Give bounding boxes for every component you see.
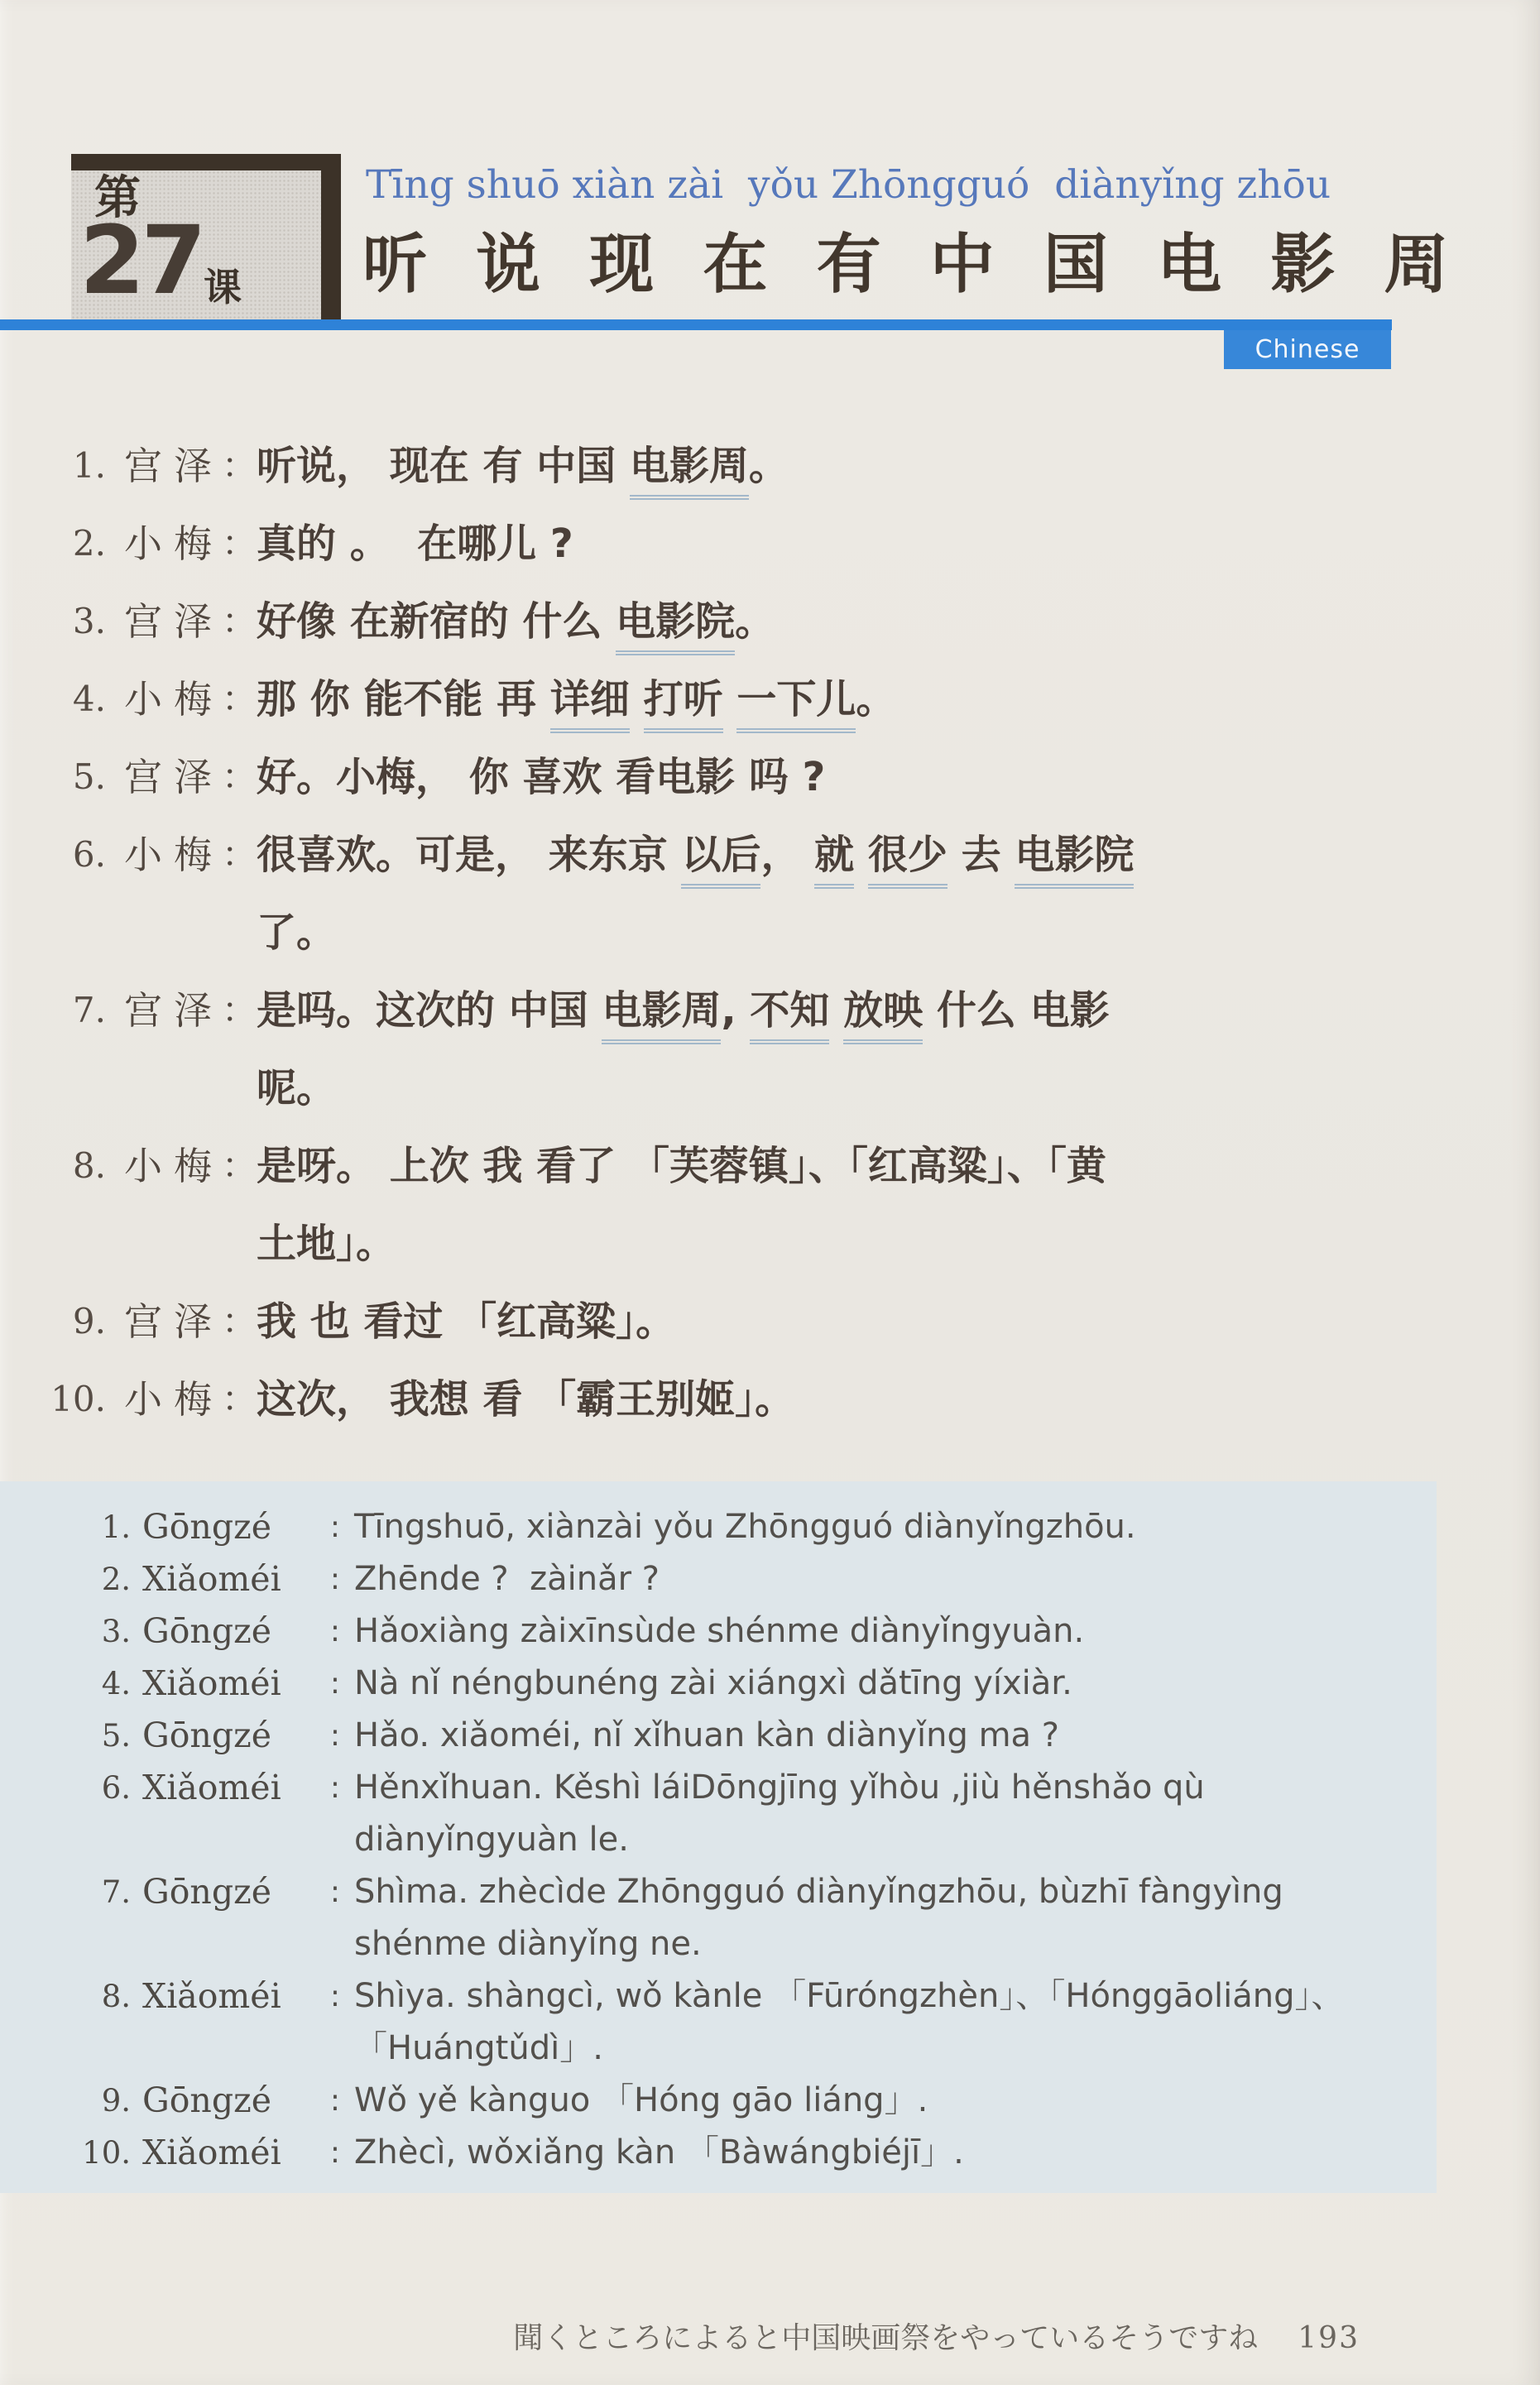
dialogue-number: 4. xyxy=(0,660,106,738)
dialogue-segment: , xyxy=(721,987,750,1034)
dialogue-segment: 呢。 xyxy=(257,1065,336,1111)
underlined-word: 放映 xyxy=(843,987,923,1044)
lesson-suffix: 课 xyxy=(204,268,242,306)
pinyin-text: Hǎo. xiǎoméi, nǐ xǐhuan kàn diànyǐng ma … xyxy=(354,1710,1437,1762)
pinyin-line: 9.Gōngzé:Wǒ yě kànguo 「Hóng gāo liáng」. xyxy=(0,2075,1437,2127)
dialogue-line: 8.小梅：是呀。 上次 我 看了 「芙蓉镇」、「红高粱」、「黄土地」。 xyxy=(0,1127,1518,1283)
dialogue-text: 是吗。这次的 中国 电影周, 不知 放映 什么 电影呢。 xyxy=(257,972,1518,1127)
pinyin-speaker: Gōngzé xyxy=(142,1866,316,1918)
dialogue-text: 我 也 看过 「红高粱」。 xyxy=(257,1283,1518,1360)
dialogue-number: 10. xyxy=(0,1360,106,1438)
dialogue-segment: 是吗。这次的 中国 xyxy=(257,987,602,1034)
dialogue-text-row: 那 你 能不能 再 详细 打听 一下儿。 xyxy=(257,660,1518,738)
dialogue-speaker: 宫泽 xyxy=(124,972,222,1049)
dialogue-segment: 听说， 现在 有 中国 xyxy=(257,443,630,489)
dialogue-segment: 那 你 能不能 再 xyxy=(257,676,550,722)
dialogue-segment: 了。 xyxy=(257,909,336,956)
pinyin-number: 2. xyxy=(0,1553,131,1605)
footer-japanese-hint: 聞くところによると中国映画祭をやっているそうですね xyxy=(513,2321,1258,2355)
pinyin-speaker: Gōngzé xyxy=(142,2075,316,2127)
pinyin-colon: : xyxy=(316,2075,354,2127)
pinyin-line: 3.Gōngzé:Hǎoxiàng zàixīnsùde shénme diàn… xyxy=(0,1605,1437,1658)
pinyin-number: 7. xyxy=(0,1866,131,1918)
pinyin-line: 1.Gōngzé:Tīngshuō, xiànzài yǒu Zhōngguó … xyxy=(0,1501,1437,1553)
dialogue-text: 是呀。 上次 我 看了 「芙蓉镇」、「红高粱」、「黄土地」。 xyxy=(257,1127,1518,1283)
speaker-colon: ： xyxy=(222,738,257,816)
pinyin-line: 4.Xiǎoméi:Nà nǐ néngbunéng zài xiángxì d… xyxy=(0,1658,1437,1710)
pinyin-colon: : xyxy=(316,1762,354,1814)
dialogue-speaker: 宫泽 xyxy=(124,738,222,816)
pinyin-number: 8. xyxy=(0,1970,131,2023)
pinyin-text: Hǎoxiàng zàixīnsùde shénme diànyǐngyuàn. xyxy=(354,1605,1437,1658)
pinyin-line: 6.Xiǎoméi:Hěnxǐhuan. Kěshì láiDōngjīng y… xyxy=(0,1762,1437,1866)
dialogue-line: 1.宫泽：听说， 现在 有 中国 电影周。 xyxy=(0,427,1518,505)
pinyin-text-row: Shìma. zhècìde Zhōngguó diànyǐngzhōu, bù… xyxy=(354,1866,1437,1918)
pinyin-text-row: Zhēnde ? zàinǎr ? xyxy=(354,1553,1437,1605)
dialogue-text-row: 呢。 xyxy=(257,1049,1518,1127)
dialogue-number: 7. xyxy=(0,972,106,1049)
lesson-title-chinese: 听 说 现 在 有 中 国 电 影 周 xyxy=(362,228,1461,303)
dialogue-line: 6.小梅：很喜欢。可是， 来东京 以后， 就 很少 去 电影院了。 xyxy=(0,816,1518,972)
lesson-title-pinyin: Tīng shuō xiàn zài yǒu Zhōngguó diànyǐng… xyxy=(366,162,1331,209)
underlined-word: 以后 xyxy=(681,832,760,889)
dialogue-segment xyxy=(723,676,737,722)
dialogue-speaker: 宫泽 xyxy=(124,1283,222,1360)
dialogue-line: 2.小梅：真的 。 在哪儿 ? xyxy=(0,505,1518,583)
dialogue-text-row: 好。小梅， 你 喜欢 看电影 吗 ? xyxy=(257,738,1518,816)
page-footer: 聞くところによると中国映画祭をやっているそうですね193 xyxy=(0,2281,1360,2385)
dialogue-segment: 好。小梅， 你 喜欢 看电影 吗 ? xyxy=(257,754,825,800)
dialogue-number: 2. xyxy=(0,505,106,583)
speaker-colon: ： xyxy=(222,1360,257,1438)
pinyin-number: 6. xyxy=(0,1762,131,1814)
pinyin-speaker: Xiǎoméi xyxy=(142,1762,316,1814)
speaker-colon: ： xyxy=(222,816,257,894)
lesson-box-right-bar xyxy=(321,154,341,329)
dialogue-list: 1.宫泽：听说， 现在 有 中国 电影周。2.小梅：真的 。 在哪儿 ?3.宫泽… xyxy=(0,427,1518,1438)
dialogue-text-row: 听说， 现在 有 中国 电影周。 xyxy=(257,427,1518,505)
speaker-colon: ： xyxy=(222,505,257,583)
pinyin-speaker: Xiǎoméi xyxy=(142,2127,316,2179)
dialogue-speaker: 宫泽 xyxy=(124,583,222,660)
underlined-word: 一下儿 xyxy=(736,676,856,733)
dialogue-segment: 。 xyxy=(735,598,775,645)
dialogue-segment: 。 xyxy=(749,443,789,489)
dialogue-text-row: 是吗。这次的 中国 电影周, 不知 放映 什么 电影 xyxy=(257,972,1518,1049)
underlined-word: 就 xyxy=(814,832,854,889)
pinyin-number: 10. xyxy=(0,2127,131,2179)
lesson-number: 27 xyxy=(79,214,203,308)
underlined-word: 不知 xyxy=(750,987,829,1044)
dialogue-segment: 土地」。 xyxy=(257,1221,396,1267)
underlined-word: 电影院 xyxy=(616,598,735,655)
pinyin-line: 8.Xiǎoméi:Shìya. shàngcì, wǒ kànle 「Fūró… xyxy=(0,1970,1437,2075)
pinyin-colon: : xyxy=(316,2127,354,2179)
dialogue-line: 10.小梅：这次， 我想 看 「霸王别姬」。 xyxy=(0,1360,1518,1438)
pinyin-text: Hěnxǐhuan. Kěshì láiDōngjīng yǐhòu ,jiù … xyxy=(354,1762,1437,1866)
dialogue-speaker: 小梅 xyxy=(124,1360,222,1438)
pinyin-number: 3. xyxy=(0,1605,131,1658)
dialogue-text-row: 真的 。 在哪儿 ? xyxy=(257,505,1518,583)
dialogue-text-row: 很喜欢。可是， 来东京 以后， 就 很少 去 电影院 xyxy=(257,816,1518,894)
dialogue-line: 5.宫泽：好。小梅， 你 喜欢 看电影 吗 ? xyxy=(0,738,1518,816)
pinyin-text-row: Hěnxǐhuan. Kěshì láiDōngjīng yǐhòu ,jiù … xyxy=(354,1762,1437,1814)
pinyin-colon: : xyxy=(316,1501,354,1553)
speaker-colon: ： xyxy=(222,972,257,1049)
language-badge: Chinese xyxy=(1224,330,1391,369)
dialogue-segment xyxy=(630,676,644,722)
pinyin-speaker: Gōngzé xyxy=(142,1501,316,1553)
dialogue-line: 7.宫泽：是吗。这次的 中国 电影周, 不知 放映 什么 电影呢。 xyxy=(0,972,1518,1127)
pinyin-speaker: Gōngzé xyxy=(142,1605,316,1658)
dialogue-speaker: 宫泽 xyxy=(124,427,222,505)
pinyin-number: 4. xyxy=(0,1658,131,1710)
pinyin-speaker: Xiǎoméi xyxy=(142,1553,316,1605)
dialogue-text: 听说， 现在 有 中国 电影周。 xyxy=(257,427,1518,505)
dialogue-number: 8. xyxy=(0,1127,106,1205)
dialogue-segment: 去 xyxy=(948,832,1015,878)
dialogue-segment xyxy=(854,832,868,878)
underlined-word: 打听 xyxy=(644,676,723,733)
pinyin-colon: : xyxy=(316,1553,354,1605)
pinyin-text-row: Nà nǐ néngbunéng zài xiángxì dǎtīng yíxi… xyxy=(354,1658,1437,1710)
dialogue-line: 9.宫泽：我 也 看过 「红高粱」。 xyxy=(0,1283,1518,1360)
pinyin-text: Wǒ yě kànguo 「Hóng gāo liáng」. xyxy=(354,2075,1437,2127)
underlined-word: 电影周 xyxy=(630,443,749,500)
pinyin-text-row: Shìya. shàngcì, wǒ kànle 「Fūróngzhèn」、「H… xyxy=(354,1970,1437,2023)
dialogue-text: 好。小梅， 你 喜欢 看电影 吗 ? xyxy=(257,738,1518,816)
pinyin-text: Zhècì, wǒxiǎng kàn 「Bàwángbiéjī」. xyxy=(354,2127,1437,2179)
dialogue-text: 这次， 我想 看 「霸王别姬」。 xyxy=(257,1360,1518,1438)
dialogue-text-row: 好像 在新宿的 什么 电影院。 xyxy=(257,583,1518,660)
pinyin-text-row: Tīngshuō, xiànzài yǒu Zhōngguó diànyǐngz… xyxy=(354,1501,1437,1553)
pinyin-speaker: Xiǎoméi xyxy=(142,1658,316,1710)
pinyin-number: 5. xyxy=(0,1710,131,1762)
pinyin-text: Nà nǐ néngbunéng zài xiángxì dǎtīng yíxi… xyxy=(354,1658,1437,1710)
dialogue-number: 3. xyxy=(0,583,106,660)
dialogue-line: 3.宫泽：好像 在新宿的 什么 电影院。 xyxy=(0,583,1518,660)
dialogue-segment: ， xyxy=(760,832,814,878)
dialogue-segment: 是呀。 上次 我 看了 「芙蓉镇」、「红高粱」、「黄 xyxy=(257,1143,1106,1189)
pinyin-text-row: Hǎo. xiǎoméi, nǐ xǐhuan kàn diànyǐng ma … xyxy=(354,1710,1437,1762)
dialogue-text: 很喜欢。可是， 来东京 以后， 就 很少 去 电影院了。 xyxy=(257,816,1518,972)
dialogue-text: 真的 。 在哪儿 ? xyxy=(257,505,1518,583)
dialogue-segment: 真的 。 在哪儿 ? xyxy=(257,521,573,567)
header-rule xyxy=(0,319,1392,330)
dialogue-line: 4.小梅：那 你 能不能 再 详细 打听 一下儿。 xyxy=(0,660,1518,738)
dialogue-text-row: 了。 xyxy=(257,894,1518,972)
textbook-page: 第 27 课 Tīng shuō xiàn zài yǒu Zhōngguó d… xyxy=(0,0,1540,2385)
pinyin-text-row: diànyǐngyuàn le. xyxy=(354,1814,1437,1866)
pinyin-speaker: Xiǎoméi xyxy=(142,1970,316,2023)
pinyin-text-row: 「Huángtǔdì」. xyxy=(354,2023,1437,2075)
dialogue-text-row: 这次， 我想 看 「霸王别姬」。 xyxy=(257,1360,1518,1438)
pinyin-text-row: Hǎoxiàng zàixīnsùde shénme diànyǐngyuàn. xyxy=(354,1605,1437,1658)
pinyin-line: 7.Gōngzé:Shìma. zhècìde Zhōngguó diànyǐn… xyxy=(0,1866,1437,1970)
pinyin-text-row: shénme diànyǐng ne. xyxy=(354,1918,1437,1970)
pinyin-colon: : xyxy=(316,1970,354,2023)
dialogue-text: 那 你 能不能 再 详细 打听 一下儿。 xyxy=(257,660,1518,738)
dialogue-number: 1. xyxy=(0,427,106,505)
pinyin-text: Shìya. shàngcì, wǒ kànle 「Fūróngzhèn」、「H… xyxy=(354,1970,1437,2075)
dialogue-segment: 什么 电影 xyxy=(923,987,1109,1034)
dialogue-segment: 很喜欢。可是， 来东京 xyxy=(257,832,681,878)
speaker-colon: ： xyxy=(222,427,257,505)
dialogue-speaker: 小梅 xyxy=(124,660,222,738)
underlined-word: 很少 xyxy=(868,832,948,889)
pinyin-colon: : xyxy=(316,1866,354,1918)
dialogue-number: 6. xyxy=(0,816,106,894)
pinyin-line: 5.Gōngzé:Hǎo. xiǎoméi, nǐ xǐhuan kàn dià… xyxy=(0,1710,1437,1762)
dialogue-text-row: 土地」。 xyxy=(257,1205,1518,1283)
speaker-colon: ： xyxy=(222,583,257,660)
dialogue-text-row: 我 也 看过 「红高粱」。 xyxy=(257,1283,1518,1360)
page-number: 193 xyxy=(1298,2321,1360,2355)
pinyin-text-row: Wǒ yě kànguo 「Hóng gāo liáng」. xyxy=(354,2075,1437,2127)
dialogue-text-row: 是呀。 上次 我 看了 「芙蓉镇」、「红高粱」、「黄 xyxy=(257,1127,1518,1205)
pinyin-line: 10.Xiǎoméi:Zhècì, wǒxiǎng kàn 「Bàwángbié… xyxy=(0,2127,1437,2179)
pinyin-text-row: Zhècì, wǒxiǎng kàn 「Bàwángbiéjī」. xyxy=(354,2127,1437,2179)
dialogue-segment: 这次， 我想 看 「霸王别姬」。 xyxy=(257,1376,794,1423)
pinyin-text: Tīngshuō, xiànzài yǒu Zhōngguó diànyǐngz… xyxy=(354,1501,1437,1553)
pinyin-colon: : xyxy=(316,1605,354,1658)
dialogue-text: 好像 在新宿的 什么 电影院。 xyxy=(257,583,1518,660)
pinyin-text: Shìma. zhècìde Zhōngguó diànyǐngzhōu, bù… xyxy=(354,1866,1437,1970)
pinyin-number: 1. xyxy=(0,1501,131,1553)
pinyin-colon: : xyxy=(316,1658,354,1710)
underlined-word: 电影周 xyxy=(602,987,721,1044)
pinyin-line: 2.Xiǎoméi:Zhēnde ? zàinǎr ? xyxy=(0,1553,1437,1605)
dialogue-segment: 。 xyxy=(856,676,895,722)
dialogue-speaker: 小梅 xyxy=(124,816,222,894)
dialogue-segment: 好像 在新宿的 什么 xyxy=(257,598,616,645)
speaker-colon: ： xyxy=(222,1127,257,1205)
dialogue-speaker: 小梅 xyxy=(124,1127,222,1205)
dialogue-number: 5. xyxy=(0,738,106,816)
dialogue-speaker: 小梅 xyxy=(124,505,222,583)
pinyin-text: Zhēnde ? zàinǎr ? xyxy=(354,1553,1437,1605)
dialogue-segment xyxy=(829,987,843,1034)
pinyin-colon: : xyxy=(316,1710,354,1762)
speaker-colon: ： xyxy=(222,1283,257,1360)
underlined-word: 详细 xyxy=(550,676,630,733)
dialogue-number: 9. xyxy=(0,1283,106,1360)
speaker-colon: ： xyxy=(222,660,257,738)
underlined-word: 电影院 xyxy=(1015,832,1134,889)
pinyin-speaker: Gōngzé xyxy=(142,1710,316,1762)
dialogue-segment: 我 也 看过 「红高粱」。 xyxy=(257,1298,675,1345)
pinyin-number: 9. xyxy=(0,2075,131,2127)
pinyin-panel: 1.Gōngzé:Tīngshuō, xiànzài yǒu Zhōngguó … xyxy=(0,1481,1437,2193)
